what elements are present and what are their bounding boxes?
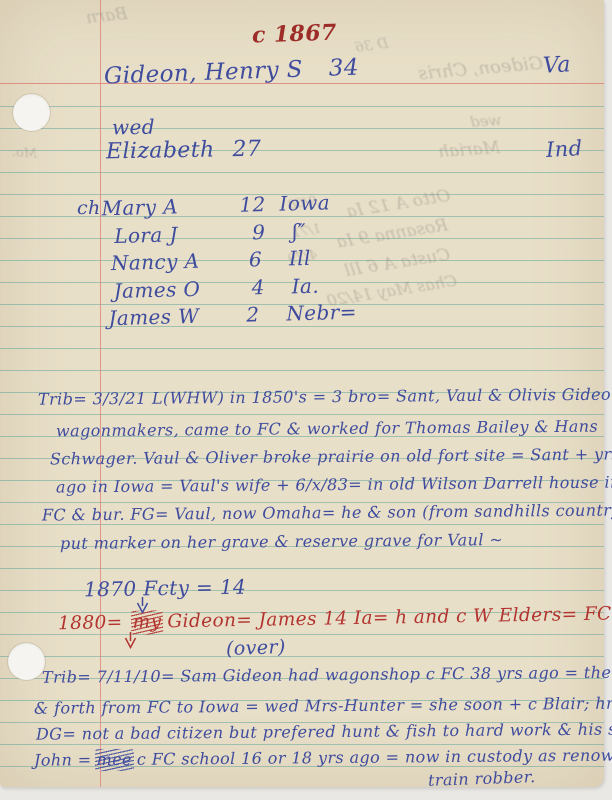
punch-hole-top (13, 94, 50, 131)
child-place: Ill (289, 247, 311, 270)
note2-line: DG= not a bad citizen but prefered hunt … (36, 720, 612, 743)
wed-label: wed (112, 116, 155, 139)
child-age: 2 (246, 303, 287, 326)
head-name: Gideon, Henry S (104, 57, 304, 90)
child-place: Iowa (279, 191, 330, 214)
punch-hole-bottom (8, 643, 45, 680)
child-name: Lora J (114, 221, 253, 247)
bleedthrough-text: wed (469, 111, 502, 131)
bleedthrough-text: Mo. (12, 145, 38, 162)
head-age: 34 (328, 55, 359, 82)
note2-line: train robber. (428, 768, 536, 789)
child-place: Nebr= (286, 301, 357, 325)
insert-caret-icon (124, 632, 137, 649)
child-name: James O (113, 276, 252, 302)
note1-line: Schwager. Vaul & Oliver broke prairie on… (50, 446, 612, 469)
spouse-birthplace: Ind (545, 137, 583, 162)
child-name: James W (108, 304, 247, 330)
head-of-family-line: Gideon, Henry S34 (104, 56, 360, 90)
bleedthrough-text: Custa A 6 Ill (343, 245, 451, 281)
note1-line: ago in Iowa = Vaul's wife + 6/x/83= in o… (56, 474, 612, 497)
child-name: Mary A (101, 194, 240, 220)
note1-line: put marker on her grave & reserve grave … (60, 531, 503, 552)
child-age: 4 (251, 275, 292, 298)
spouse-age: 27 (232, 137, 261, 162)
year-heading: c 1867 (252, 21, 337, 48)
child-age: 6 (249, 247, 290, 270)
note1-line: Trib= 3/3/21 L(WHW) in 1850's = 3 bro= S… (38, 385, 612, 408)
spouse-line: Elizabeth27 (106, 138, 262, 165)
note2-line4-rest: c FC school 16 or 18 yrs ago = now in cu… (137, 745, 612, 768)
top-margin-line (0, 83, 604, 84)
bleedthrough-text: Otto A 12 Ia (345, 186, 452, 222)
spouse-name: Elizabeth (106, 137, 215, 164)
census-1880-prefix: 1880= (58, 612, 123, 634)
child-age: 12 (239, 193, 280, 216)
bleedthrough-text: Mariah (437, 138, 500, 162)
note2-line: John =meec FC school 16 or 18 yrs ago = … (34, 746, 612, 769)
struck-word: my (132, 612, 161, 633)
struck-word: mee (96, 751, 131, 769)
child-row: James W2Nebr= (104, 301, 357, 335)
child-place: ʃ″ (292, 219, 306, 241)
census-1870-line: 1870 Fcty = 14 (84, 576, 247, 601)
note2-line4-prefix: John = (34, 750, 92, 770)
children-label: ch (77, 198, 101, 219)
note2-line: & forth from FC to Iowa = wed Mrs-Hunter… (34, 694, 612, 717)
child-place: Ia. (291, 274, 319, 297)
bleedthrough-text: Barn (85, 4, 129, 28)
head-birthplace: Va (542, 53, 571, 79)
note2-line: Trib= 7/11/10= Sam Gideon had wagonshop … (42, 663, 612, 686)
census-1880-entry: Gideon= James 14 Ia= h and c W Elders= F… (167, 603, 612, 632)
child-name: Nancy A (111, 248, 250, 274)
notebook-page: Barn D 36 Gideon, Chris wed Mariah Mo. 9… (0, 0, 604, 787)
bleedthrough-text: Gideon, Chris (417, 53, 544, 85)
note1-line: wagonmakers, came to FC & worked for Tho… (56, 418, 598, 440)
over-note: (over) (226, 637, 286, 660)
note1-line: FC & bur. FG= Vaul, now Omaha= he & son … (42, 501, 612, 524)
child-age: 9 (252, 220, 293, 243)
children-list: Mary A12Iowa Lora J9ʃ″ Nancy A6Ill James… (101, 191, 357, 335)
bleedthrough-text: D 36 (354, 36, 389, 57)
